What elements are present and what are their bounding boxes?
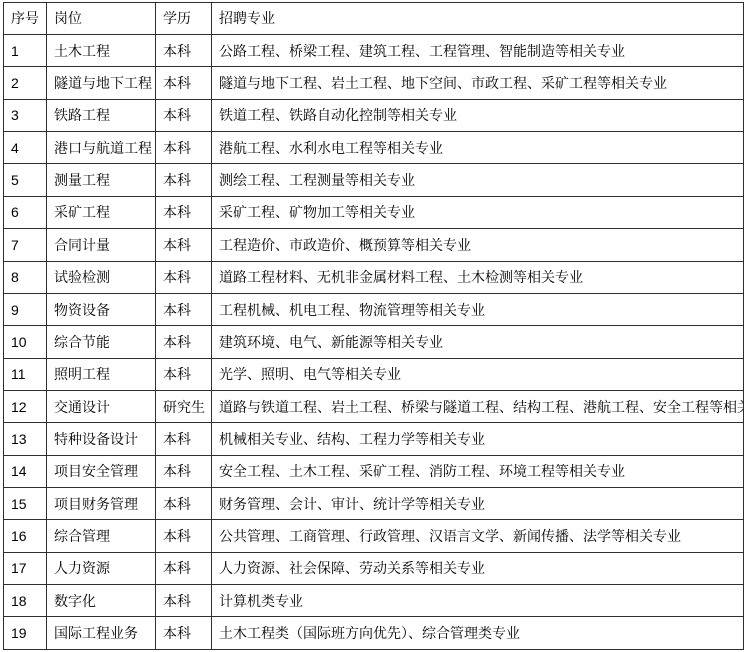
cell-position: 国际工程业务 — [47, 617, 156, 650]
cell-no: 19 — [4, 617, 47, 650]
table-row: 14项目安全管理本科安全工程、土木工程、采矿工程、消防工程、环境工程等相关专业 — [4, 455, 744, 487]
cell-education: 本科 — [156, 99, 212, 131]
cell-no: 1 — [4, 35, 47, 67]
table-row: 8试验检测本科道路工程材料、无机非金属材料工程、土木检测等相关专业 — [4, 261, 744, 293]
cell-no: 16 — [4, 520, 47, 552]
table-row: 9物资设备本科工程机械、机电工程、物流管理等相关专业 — [4, 293, 744, 325]
cell-position: 铁路工程 — [47, 99, 156, 131]
table-row: 3铁路工程本科铁道工程、铁路自动化控制等相关专业 — [4, 99, 744, 131]
cell-position: 交通设计 — [47, 390, 156, 422]
cell-no: 8 — [4, 261, 47, 293]
cell-majors: 人力资源、社会保障、劳动关系等相关专业 — [212, 552, 744, 584]
cell-majors: 工程机械、机电工程、物流管理等相关专业 — [212, 293, 744, 325]
cell-position: 合同计量 — [47, 229, 156, 261]
cell-majors: 安全工程、土木工程、采矿工程、消防工程、环境工程等相关专业 — [212, 455, 744, 487]
cell-no: 9 — [4, 293, 47, 325]
cell-position: 照明工程 — [47, 358, 156, 390]
header-row: 序号岗位学历招聘专业 — [4, 3, 744, 35]
cell-no: 7 — [4, 229, 47, 261]
cell-education: 本科 — [156, 552, 212, 584]
cell-position: 测量工程 — [47, 164, 156, 196]
cell-majors: 光学、照明、电气等相关专业 — [212, 358, 744, 390]
cell-no: 12 — [4, 390, 47, 422]
cell-no: 2 — [4, 67, 47, 99]
cell-position: 项目安全管理 — [47, 455, 156, 487]
cell-no: 18 — [4, 585, 47, 617]
cell-position: 土木工程 — [47, 35, 156, 67]
column-header-no: 序号 — [4, 3, 47, 35]
cell-no: 6 — [4, 196, 47, 228]
table-body: 1土木工程本科公路工程、桥梁工程、建筑工程、工程管理、智能制造等相关专业2隧道与… — [4, 35, 744, 650]
cell-position: 数字化 — [47, 585, 156, 617]
cell-position: 试验检测 — [47, 261, 156, 293]
table-row: 16综合管理本科公共管理、工商管理、行政管理、汉语言文学、新闻传播、法学等相关专… — [4, 520, 744, 552]
table-row: 13特种设备设计本科机械相关专业、结构、工程力学等相关专业 — [4, 423, 744, 455]
cell-no: 4 — [4, 132, 47, 164]
table-row: 1土木工程本科公路工程、桥梁工程、建筑工程、工程管理、智能制造等相关专业 — [4, 35, 744, 67]
cell-majors: 公路工程、桥梁工程、建筑工程、工程管理、智能制造等相关专业 — [212, 35, 744, 67]
column-header-education: 学历 — [156, 3, 212, 35]
cell-education: 本科 — [156, 520, 212, 552]
column-header-majors: 招聘专业 — [212, 3, 744, 35]
cell-education: 本科 — [156, 164, 212, 196]
cell-education: 本科 — [156, 293, 212, 325]
table-row: 18数字化本科计算机类专业 — [4, 585, 744, 617]
recruitment-positions-table: 序号岗位学历招聘专业 1土木工程本科公路工程、桥梁工程、建筑工程、工程管理、智能… — [3, 2, 744, 650]
cell-position: 人力资源 — [47, 552, 156, 584]
cell-no: 17 — [4, 552, 47, 584]
cell-education: 本科 — [156, 326, 212, 358]
cell-position: 项目财务管理 — [47, 488, 156, 520]
column-header-position: 岗位 — [47, 3, 156, 35]
cell-position: 特种设备设计 — [47, 423, 156, 455]
table-row: 5测量工程本科测绘工程、工程测量等相关专业 — [4, 164, 744, 196]
cell-majors: 计算机类专业 — [212, 585, 744, 617]
cell-majors: 道路与铁道工程、岩土工程、桥梁与隧道工程、结构工程、港航工程、安全工程等相关专业 — [212, 390, 744, 422]
table-row: 11照明工程本科光学、照明、电气等相关专业 — [4, 358, 744, 390]
cell-majors: 铁道工程、铁路自动化控制等相关专业 — [212, 99, 744, 131]
cell-education: 本科 — [156, 196, 212, 228]
table-row: 12交通设计研究生道路与铁道工程、岩土工程、桥梁与隧道工程、结构工程、港航工程、… — [4, 390, 744, 422]
table-row: 10综合节能本科建筑环境、电气、新能源等相关专业 — [4, 326, 744, 358]
table-row: 15项目财务管理本科财务管理、会计、审计、统计学等相关专业 — [4, 488, 744, 520]
cell-majors: 采矿工程、矿物加工等相关专业 — [212, 196, 744, 228]
cell-no: 14 — [4, 455, 47, 487]
cell-majors: 隧道与地下工程、岩土工程、地下空间、市政工程、采矿工程等相关专业 — [212, 67, 744, 99]
table-row: 6采矿工程本科采矿工程、矿物加工等相关专业 — [4, 196, 744, 228]
cell-position: 物资设备 — [47, 293, 156, 325]
cell-no: 3 — [4, 99, 47, 131]
table-header: 序号岗位学历招聘专业 — [4, 3, 744, 35]
cell-no: 10 — [4, 326, 47, 358]
cell-no: 15 — [4, 488, 47, 520]
cell-majors: 道路工程材料、无机非金属材料工程、土木检测等相关专业 — [212, 261, 744, 293]
cell-position: 采矿工程 — [47, 196, 156, 228]
cell-no: 5 — [4, 164, 47, 196]
cell-education: 本科 — [156, 132, 212, 164]
cell-majors: 财务管理、会计、审计、统计学等相关专业 — [212, 488, 744, 520]
cell-majors: 工程造价、市政造价、概预算等相关专业 — [212, 229, 744, 261]
cell-education: 研究生 — [156, 390, 212, 422]
cell-education: 本科 — [156, 488, 212, 520]
cell-education: 本科 — [156, 358, 212, 390]
cell-education: 本科 — [156, 67, 212, 99]
cell-position: 综合管理 — [47, 520, 156, 552]
cell-position: 综合节能 — [47, 326, 156, 358]
table-row: 4港口与航道工程本科港航工程、水利水电工程等相关专业 — [4, 132, 744, 164]
table-row: 19国际工程业务本科土木工程类（国际班方向优先）、综合管理类专业 — [4, 617, 744, 650]
cell-position: 港口与航道工程 — [47, 132, 156, 164]
table-row: 2隧道与地下工程本科隧道与地下工程、岩土工程、地下空间、市政工程、采矿工程等相关… — [4, 67, 744, 99]
cell-no: 13 — [4, 423, 47, 455]
cell-majors: 港航工程、水利水电工程等相关专业 — [212, 132, 744, 164]
cell-education: 本科 — [156, 617, 212, 650]
cell-majors: 土木工程类（国际班方向优先）、综合管理类专业 — [212, 617, 744, 650]
cell-education: 本科 — [156, 423, 212, 455]
table-row: 7合同计量本科工程造价、市政造价、概预算等相关专业 — [4, 229, 744, 261]
cell-majors: 测绘工程、工程测量等相关专业 — [212, 164, 744, 196]
cell-education: 本科 — [156, 229, 212, 261]
table-row: 17人力资源本科人力资源、社会保障、劳动关系等相关专业 — [4, 552, 744, 584]
cell-majors: 建筑环境、电气、新能源等相关专业 — [212, 326, 744, 358]
cell-education: 本科 — [156, 261, 212, 293]
cell-majors: 公共管理、工商管理、行政管理、汉语言文学、新闻传播、法学等相关专业 — [212, 520, 744, 552]
cell-no: 11 — [4, 358, 47, 390]
recruitment-document-page: 序号岗位学历招聘专业 1土木工程本科公路工程、桥梁工程、建筑工程、工程管理、智能… — [0, 0, 749, 652]
cell-education: 本科 — [156, 585, 212, 617]
cell-majors: 机械相关专业、结构、工程力学等相关专业 — [212, 423, 744, 455]
cell-education: 本科 — [156, 455, 212, 487]
cell-education: 本科 — [156, 35, 212, 67]
cell-position: 隧道与地下工程 — [47, 67, 156, 99]
